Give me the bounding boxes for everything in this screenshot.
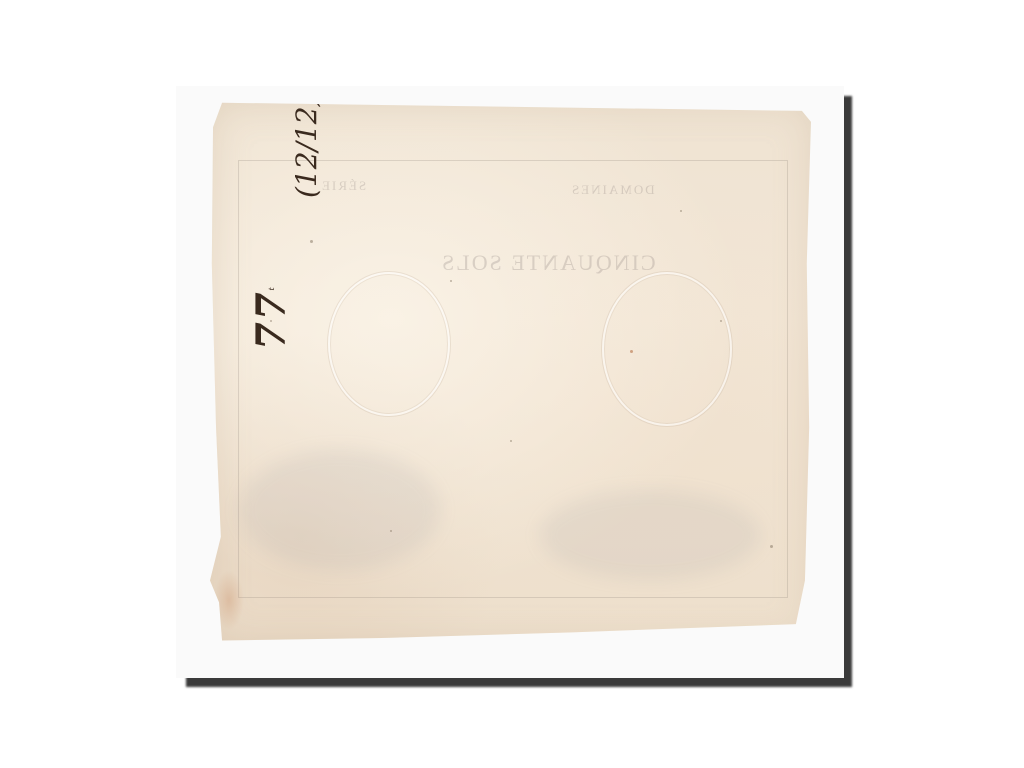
gray-stain <box>240 450 440 570</box>
showthrough-text-left: SÉRIE <box>320 178 366 194</box>
photo-stage: SÉRIE DOMAINES CINQUANTE SOLS 77ᵗ (12/12… <box>0 0 1024 768</box>
speckle <box>720 320 722 322</box>
handwritten-reference-text: (12/12) <box>290 95 323 198</box>
speckle <box>270 320 272 322</box>
speckle <box>390 530 392 532</box>
speckle <box>310 240 313 243</box>
banknote-paper: SÉRIE DOMAINES CINQUANTE SOLS 77ᵗ (12/12… <box>210 100 814 646</box>
handwritten-amount-sup: ᵗ <box>268 287 283 290</box>
speckle <box>630 350 633 353</box>
speckle <box>680 210 682 212</box>
showthrough-text-right: DOMAINES <box>570 182 655 198</box>
speckle <box>510 440 512 442</box>
showthrough-text-middle: CINQUANTE SOLS <box>440 250 656 276</box>
gray-stain <box>540 490 760 580</box>
embossed-seal-right <box>602 272 732 426</box>
embossed-seal-left <box>328 272 450 416</box>
speckle <box>450 280 452 282</box>
handwritten-reference: (12/12) <box>260 108 300 208</box>
speckle <box>770 545 773 548</box>
